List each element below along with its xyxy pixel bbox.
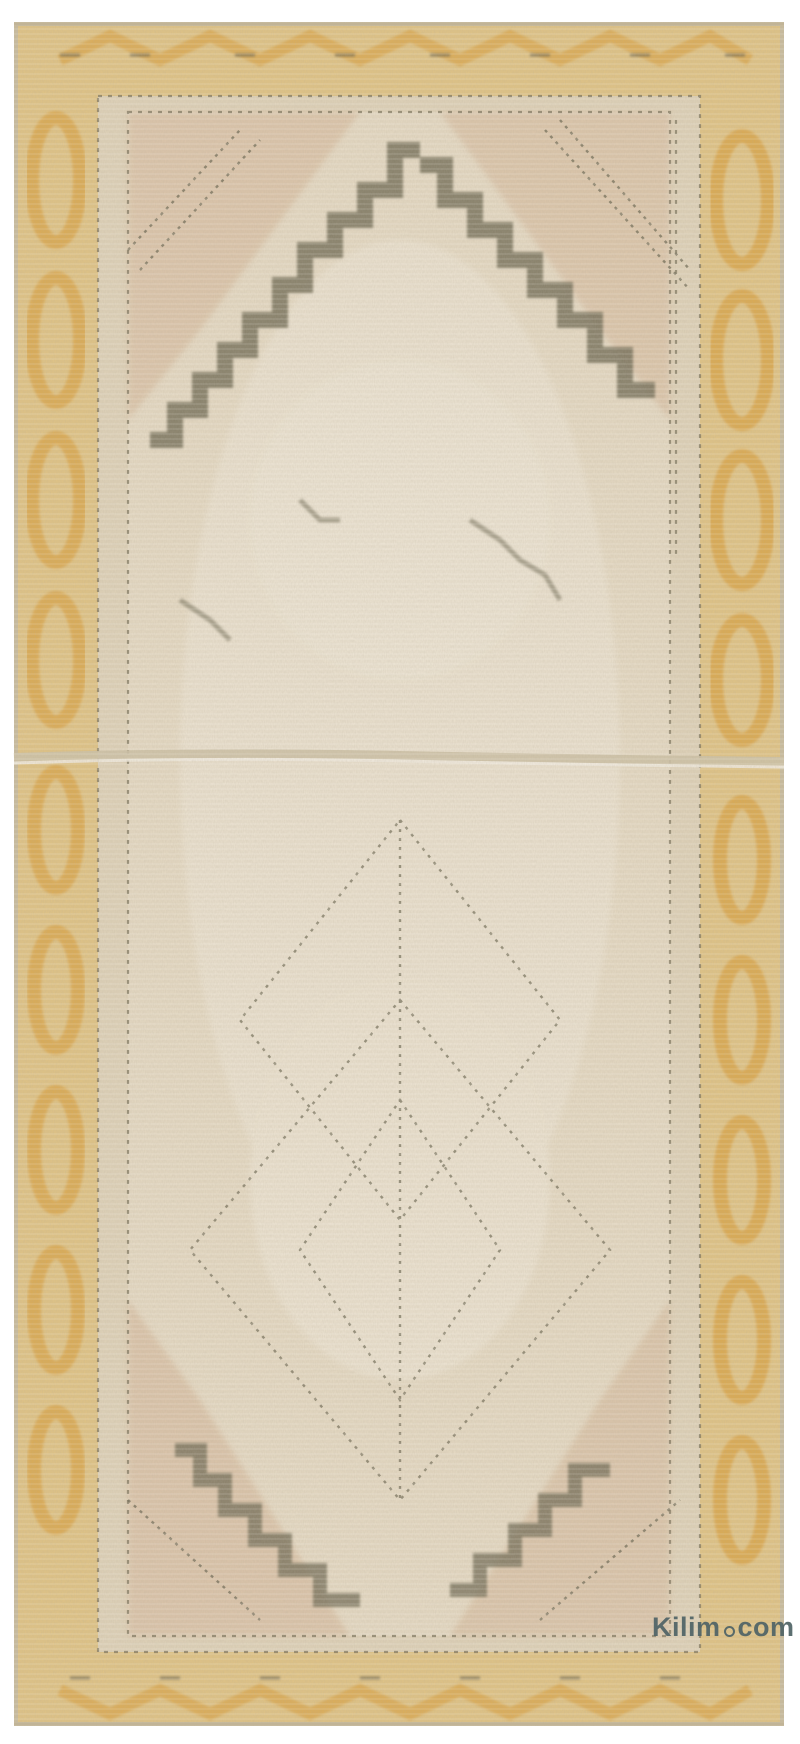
rug: [14, 22, 784, 1726]
rug-photo: [0, 0, 800, 1744]
watermark: Kilim com: [652, 1612, 795, 1643]
watermark-tld: com: [738, 1612, 795, 1643]
watermark-dot-icon: [724, 1626, 735, 1637]
watermark-brand: Kilim: [652, 1612, 721, 1643]
